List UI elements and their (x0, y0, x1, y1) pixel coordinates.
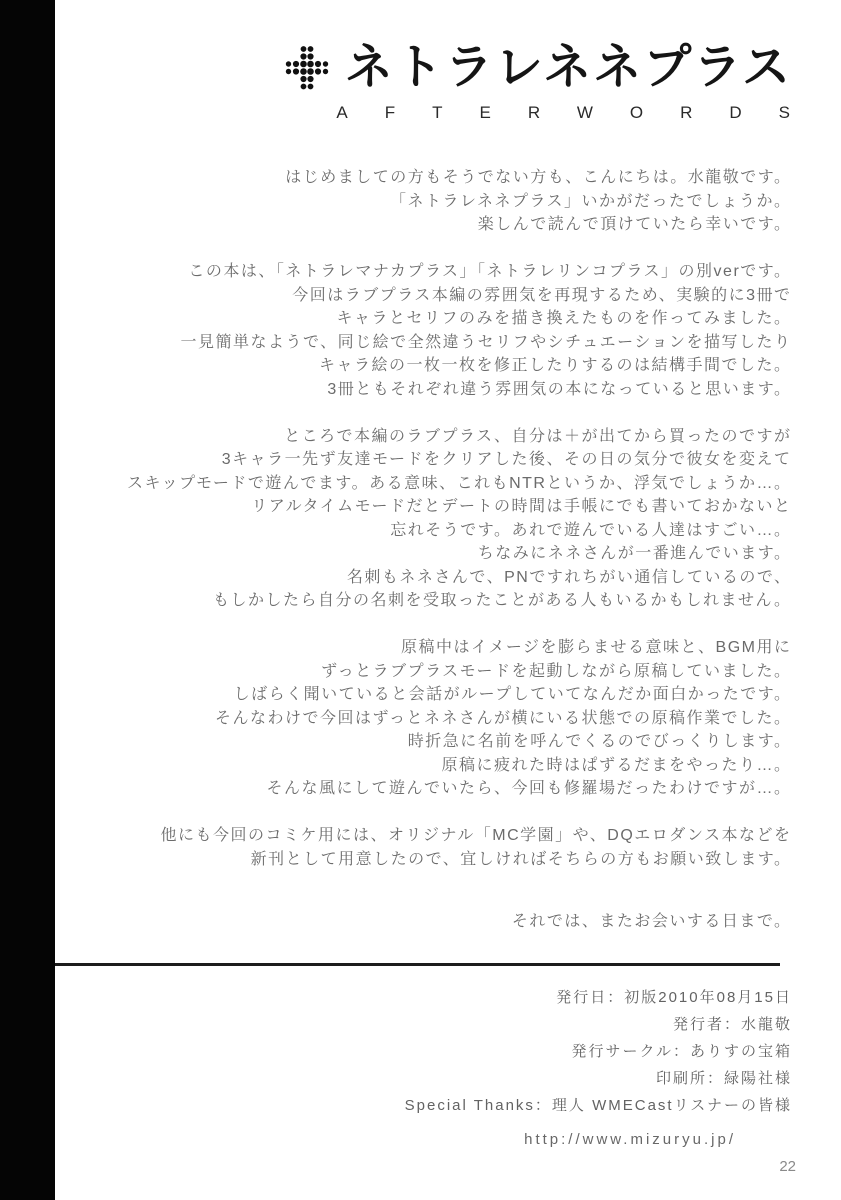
text-line: 発行日：初版2010年08月15日 (405, 984, 792, 1011)
text-line: リアルタイムモードだとデートの時間は手帳にでも書いておかないと (56, 495, 792, 519)
text-line: キャラとセリフのみを描き換えたものを作ってみました。 (56, 307, 792, 331)
dotted-plus-icon (285, 45, 329, 91)
text-line: 一見簡単なようで、同じ絵で全然違うセリフやシチュエーションを描写したり (56, 331, 792, 355)
text-line: 3キャラ一先ず友達モードをクリアした後、その日の気分で彼女を変えて (56, 448, 792, 472)
text-line: そんな風にして遊んでいたら、今回も修羅場だったわけですが…。 (56, 777, 792, 801)
text-line: この本は、「ネトラレマナカプラス」「ネトラレリンコプラス」の別verです。 (56, 260, 792, 284)
text-line: 「ネトラレネネプラス」いかがだったでしょうか。 (56, 190, 792, 214)
text-line: ずっとラブプラスモードを起動しながら原稿していました。 (56, 660, 792, 684)
text-line: 新刊として用意したので、宜しければそちらの方もお願い致します。 (56, 848, 792, 872)
text-line: キャラ絵の一枚一枚を修正したりするのは結構手間でした。 (56, 354, 792, 378)
text-line: もしかしたら自分の名刺を受取ったことがある人もいるかもしれません。 (56, 589, 792, 613)
text-line: 原稿に疲れた時はぱずるだまをやったり…。 (56, 754, 792, 778)
page-title: ネトラレネネプラス (345, 42, 792, 95)
text-line: 時折急に名前を呼んでくるのでびっくりします。 (56, 730, 792, 754)
text-line: 楽しんで読んで頂けていたら幸いです。 (56, 213, 792, 237)
afterword-paragraph-3: ところで本編のラブプラス、自分は＋が出てから買ったのですが3キャラ一先ず友達モー… (56, 425, 790, 613)
title-row: ネトラレネネプラス (285, 42, 790, 95)
text-line: 発行サークル：ありすの宝箱 (405, 1038, 792, 1065)
text-line: 発行者：水龍敬 (405, 1011, 792, 1038)
afterword-paragraph-5: 他にも今回のコミケ用には、オリジナル「MC学園」や、DQエロダンス本などを新刊と… (56, 824, 790, 871)
text-line: 忘れそうです。あれで遊んでいる人達はすごい…。 (56, 519, 792, 543)
subtitle-afterwords: AFTERWORDS (285, 103, 827, 123)
page-number: 22 (779, 1158, 796, 1175)
text-line: ところで本編のラブプラス、自分は＋が出てから買ったのですが (56, 425, 792, 449)
scan-left-black-edge (0, 0, 55, 1200)
closing-line: それでは、またお会いする日まで。 (56, 910, 792, 934)
text-line: Special Thanks：理人 WMECastリスナーの皆様 (405, 1092, 792, 1119)
text-line: 3冊ともそれぞれ違う雰囲気の本になっていると思います。 (56, 378, 792, 402)
text-line: そんなわけで今回はずっとネネさんが横にいる状態での原稿作業でした。 (56, 707, 792, 731)
website-url: http://www.mizuryu.jp/ (524, 1131, 736, 1148)
text-line: 印刷所：緑陽社様 (405, 1065, 792, 1092)
afterword-paragraph-4: 原稿中はイメージを膨らませる意味と、BGM用にずっとラブプラスモードを起動しなが… (56, 636, 790, 801)
text-line: スキップモードで遊んでます。ある意味、これもNTRというか、浮気でしょうか…。 (56, 472, 792, 496)
text-line: 今回はラブプラス本編の雰囲気を再現するため、実験的に3冊で (56, 284, 792, 308)
afterword-body: はじめましての方もそうでない方も、こんにちは。水龍敬です。「ネトラレネネプラス」… (56, 166, 790, 934)
divider-rule (55, 963, 780, 966)
text-line: しばらく聞いていると会話がループしていてなんだか面白かったです。 (56, 683, 792, 707)
afterword-page: ネトラレネネプラス AFTERWORDS はじめましての方もそうでない方も、こん… (0, 0, 841, 1200)
text-line: 他にも今回のコミケ用には、オリジナル「MC学園」や、DQエロダンス本などを (56, 824, 792, 848)
text-line: はじめましての方もそうでない方も、こんにちは。水龍敬です。 (56, 166, 792, 190)
colophon: 発行日：初版2010年08月15日発行者：水龍敬発行サークル：ありすの宝箱印刷所… (405, 984, 790, 1119)
text-line: 原稿中はイメージを膨らませる意味と、BGM用に (56, 636, 792, 660)
afterword-paragraph-1: はじめましての方もそうでない方も、こんにちは。水龍敬です。「ネトラレネネプラス」… (56, 166, 790, 237)
text-line: ちなみにネネさんが一番進んでいます。 (56, 542, 792, 566)
text-line: 名刺もネネさんで、PNですれちがい通信しているので、 (56, 566, 792, 590)
title-block: ネトラレネネプラス AFTERWORDS (285, 42, 790, 123)
afterword-paragraph-2: この本は、「ネトラレマナカプラス」「ネトラレリンコプラス」の別verです。今回は… (56, 260, 790, 401)
